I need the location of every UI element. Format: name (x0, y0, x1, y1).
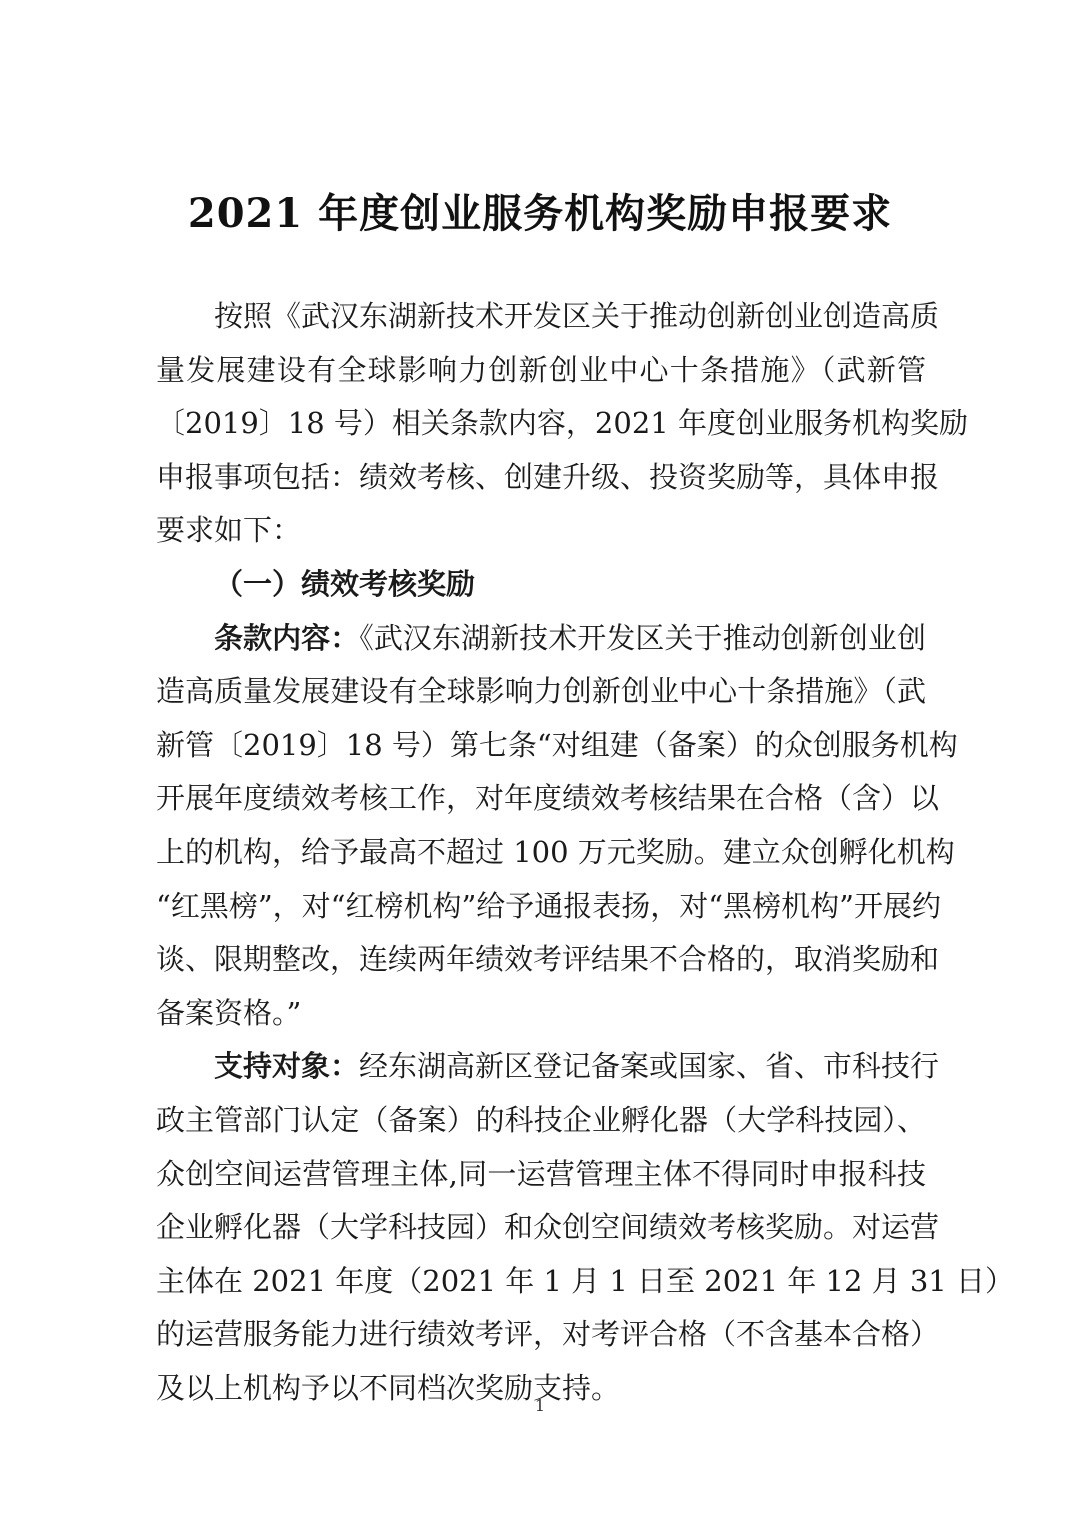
clause-line: 备案资格。” (156, 987, 926, 1041)
section-heading: （一）绩效考核奖励 (156, 558, 926, 612)
clause-line: 上的机构，给予最高不超过 100 万元奖励。建立众创孵化机构 (156, 826, 926, 880)
support-text: 经东湖高新区登记备案或国家、省、市科技行 (359, 1049, 939, 1083)
support-line: 主体在 2021 年度（2021 年 1 月 1 日至 2021 年 12 月 … (156, 1255, 926, 1309)
support-line: 政主管部门认定（备案）的科技企业孵化器（大学科技园）、 (156, 1094, 926, 1148)
clause-line: “红黑榜”，对“红榜机构”给予通报表扬，对“黑榜机构”开展约 (156, 880, 926, 934)
support-line: 的运营服务能力进行绩效考评，对考评合格（不含基本合格） (156, 1308, 926, 1362)
intro-line: 申报事项包括：绩效考核、创建升级、投资奖励等，具体申报 (156, 451, 926, 505)
document-body: 按照《武汉东湖新技术开发区关于推动创新创业创造高质 量发展建设有全球影响力创新创… (156, 290, 926, 1415)
clause-line: 造高质量发展建设有全球影响力创新创业中心十条措施》（武 (156, 665, 926, 719)
document-title: 2021 年度创业服务机构奖励申报要求 (0, 182, 1080, 239)
page-number: 1 (0, 1396, 1080, 1415)
support-line: 众创空间运营管理主体,同一运营管理主体不得同时申报科技 (156, 1148, 926, 1202)
clause-line: 谈、限期整改，连续两年绩效考评结果不合格的，取消奖励和 (156, 933, 926, 987)
document-page: 2021 年度创业服务机构奖励申报要求 按照《武汉东湖新技术开发区关于推动创新创… (0, 0, 1080, 1527)
clause-first-line: 条款内容：《武汉东湖新技术开发区关于推动创新创业创 (156, 612, 926, 666)
clause-line: 新管〔2019〕18 号）第七条“对组建（备案）的众创服务机构 (156, 719, 926, 773)
clause-label: 条款内容： (214, 621, 359, 655)
clause-text: 《武汉东湖新技术开发区关于推动创新创业创 (359, 621, 926, 655)
intro-line: 量发展建设有全球影响力创新创业中心十条措施》（武新管 (156, 344, 926, 398)
support-label: 支持对象： (214, 1049, 359, 1083)
support-first-line: 支持对象：经东湖高新区登记备案或国家、省、市科技行 (156, 1040, 926, 1094)
intro-line: 要求如下： (156, 504, 926, 558)
intro-line: 按照《武汉东湖新技术开发区关于推动创新创业创造高质 (156, 290, 926, 344)
support-line: 企业孵化器（大学科技园）和众创空间绩效考核奖励。对运营 (156, 1201, 926, 1255)
clause-line: 开展年度绩效考核工作，对年度绩效考核结果在合格（含）以 (156, 772, 926, 826)
intro-line: 〔2019〕18 号）相关条款内容，2021 年度创业服务机构奖励 (156, 397, 926, 451)
